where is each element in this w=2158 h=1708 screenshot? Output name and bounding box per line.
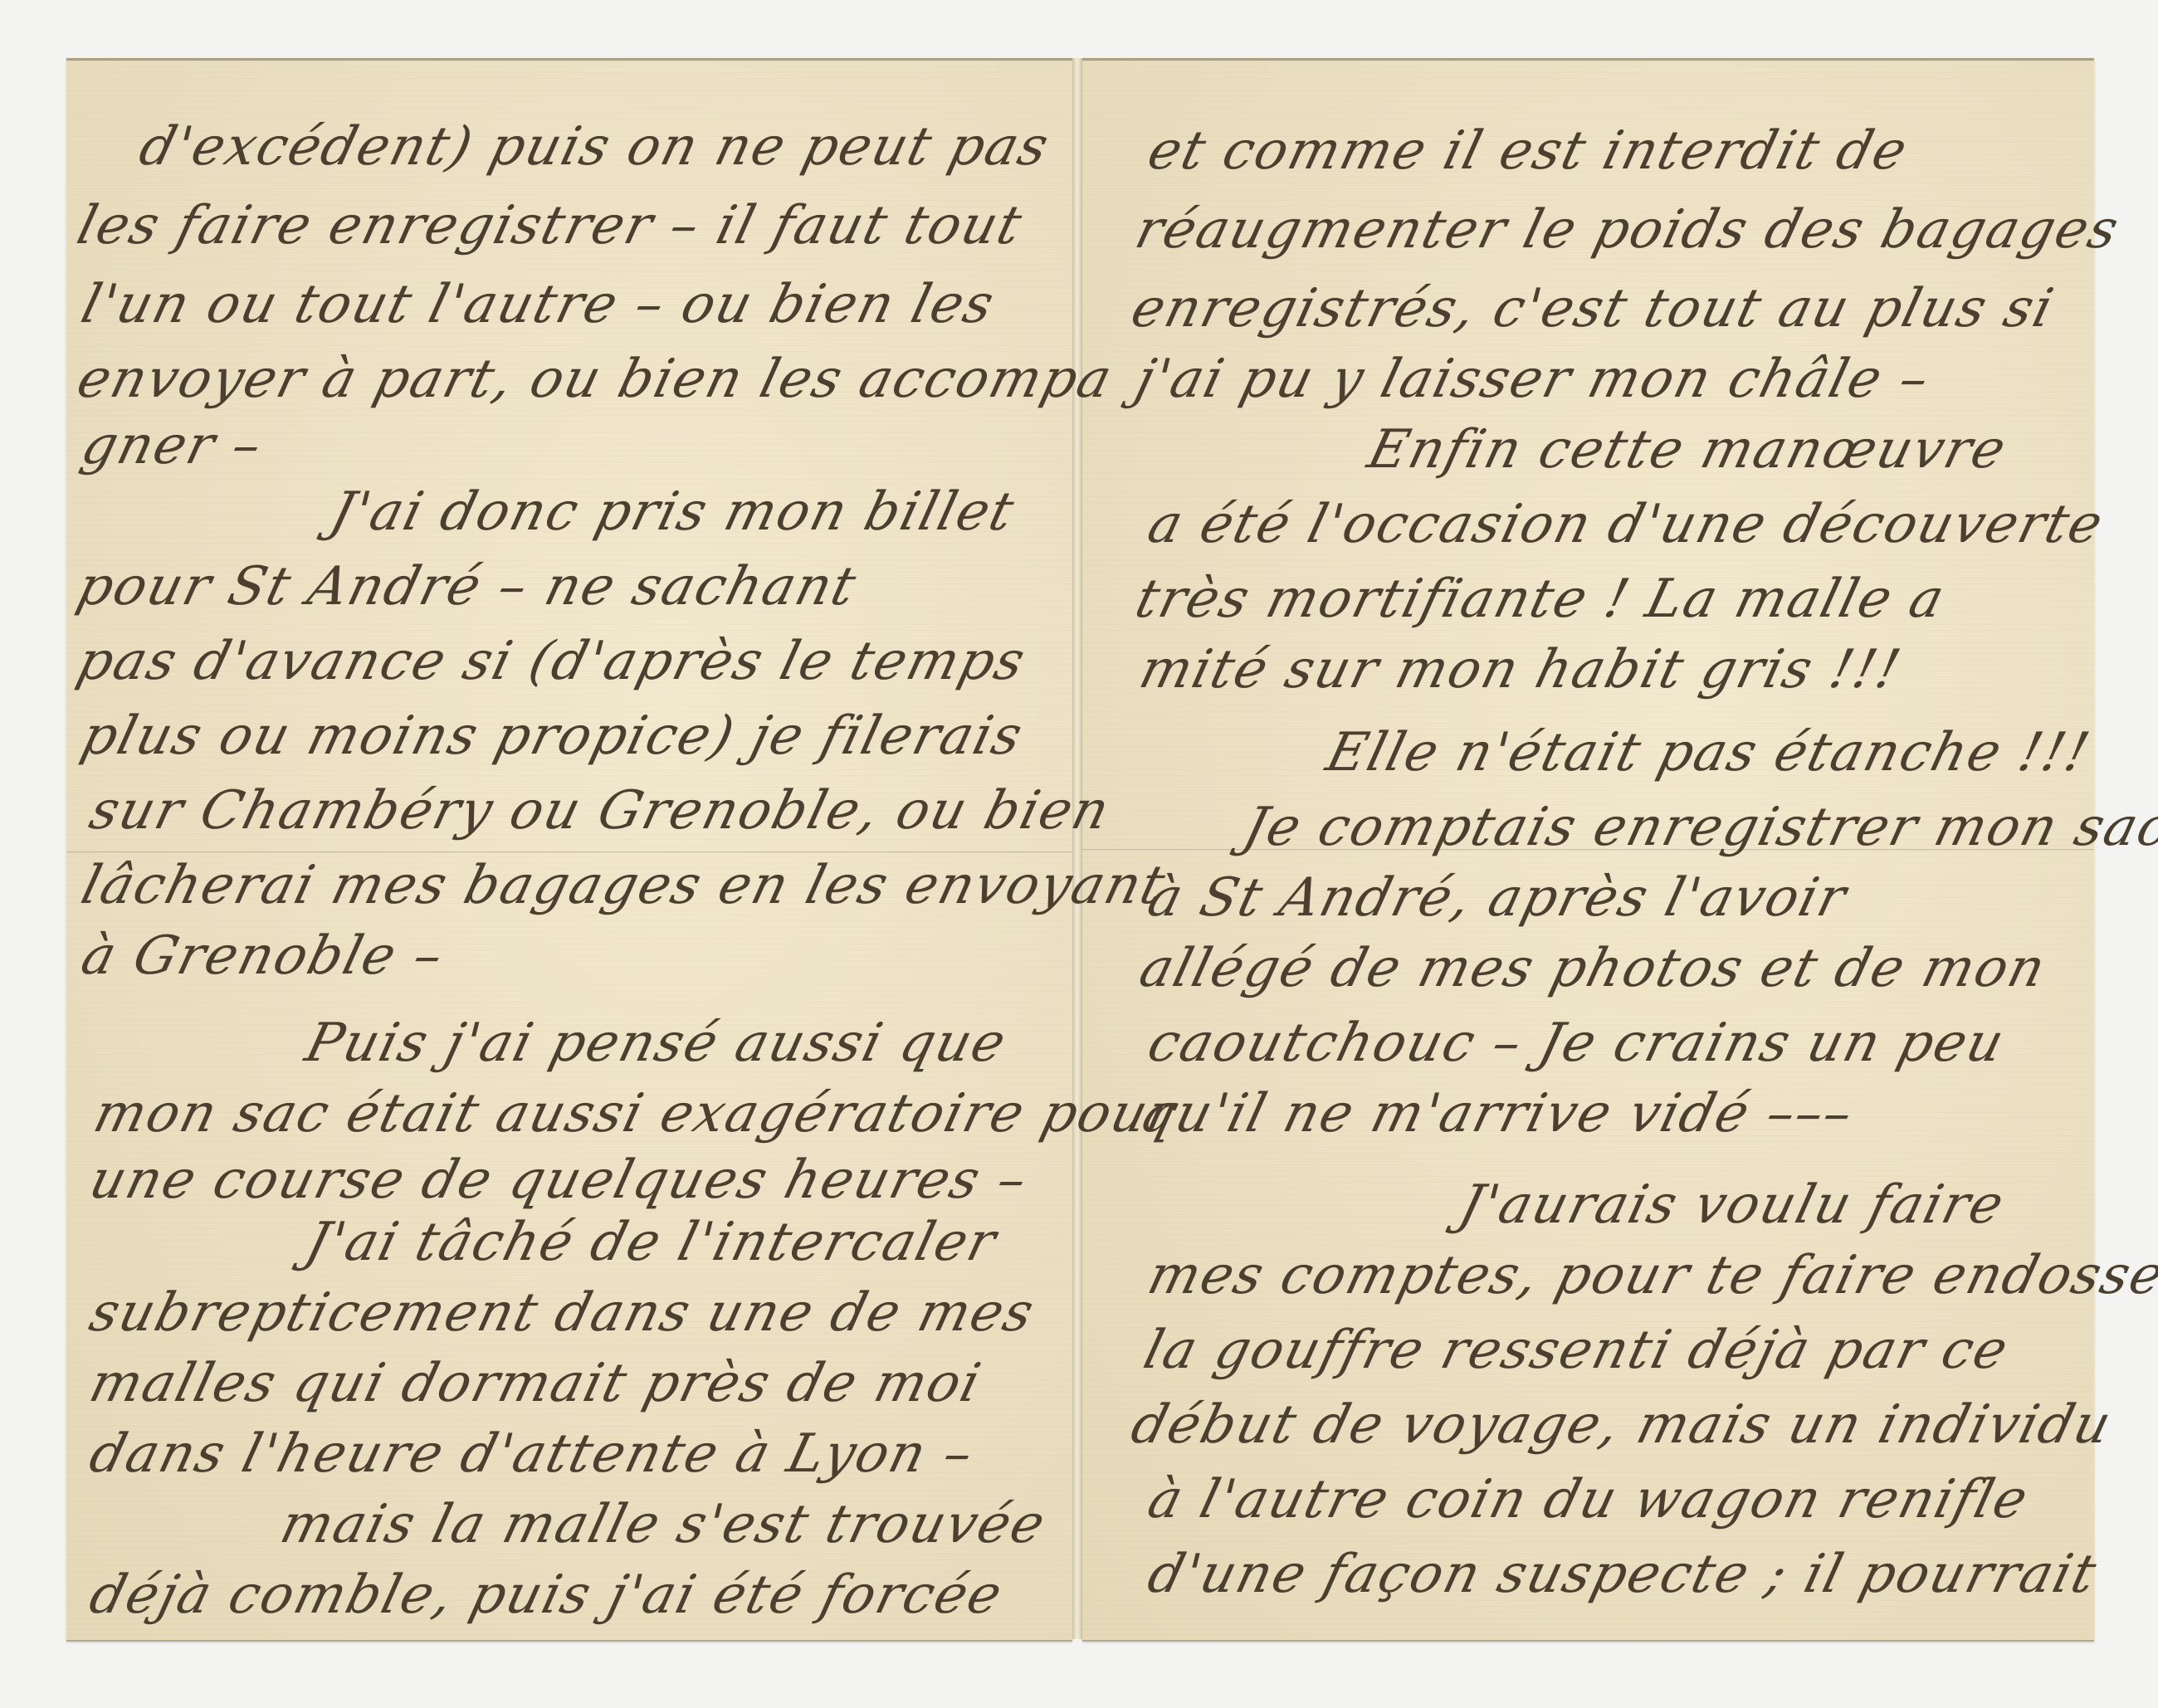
handwritten-line: mité sur mon habit gris !!! [1134,639,1908,700]
handwritten-line: une course de quelques heures – [84,1149,1034,1211]
handwritten-line: dans l'heure d'attente à Lyon – [84,1423,980,1485]
handwritten-line: caoutchouc – Je crains un peu [1142,1013,2011,1074]
handwritten-line: mais la malle s'est trouvée [275,1494,1052,1555]
handwritten-line: J'ai tâché de l'intercaler [300,1212,1003,1273]
handwritten-line: déjà comble, puis j'ai été forcée [84,1564,1009,1626]
handwritten-line: allégé de mes photos et de mon [1134,938,2053,999]
handwritten-line: Elle n'était pas étanche !!! [1321,722,2097,783]
handwritten-line: J'ai donc pris mon billet [325,481,1022,543]
handwritten-line: Je comptais enregistrer mon sac [1238,797,2158,858]
handwritten-line: à Grenoble – [76,925,451,987]
handwritten-line: subrepticement dans une de mes [84,1282,1041,1344]
handwritten-line: j'ai pu y laisser mon châle – [1130,349,1936,410]
handwritten-line: Puis j'ai pensé aussi que [300,1013,1013,1074]
spine-fold [1072,58,1082,1639]
handwritten-line: gner – [76,415,269,476]
handwritten-line: qu'il ne m'arrive vidé ––– [1134,1083,1860,1144]
handwritten-line: Enfin cette manœuvre [1362,419,2014,481]
handwritten-line: lâcherai mes bagages en les envoyant [76,855,1173,916]
horizontal-crease [66,852,1072,853]
handwritten-line: pour St André – ne sachant [71,556,863,617]
handwritten-line: l'un ou tout l'autre – ou bien les [76,274,1001,335]
handwritten-line: mon sac était aussi exagératoire pour [88,1083,1183,1144]
handwritten-line: la gouffre ressenti déjà par ce [1138,1320,2015,1381]
handwritten-line: d'excédent) puis on ne peut pas [134,116,1056,178]
handwritten-line: J'aurais voulu faire [1453,1174,2011,1236]
handwritten-line: plus ou moins propice) je filerais [76,705,1030,767]
handwritten-line: mes comptes, pour te faire endosser [1142,1245,2158,1306]
handwritten-line: malles qui dormait près de moi [84,1353,988,1414]
handwritten-line: à St André, après l'avoir [1142,867,1853,929]
handwritten-line: envoyer à part, ou bien les accompa [71,349,1120,410]
handwritten-line: les faire enregistrer – il faut tout [71,195,1029,256]
handwritten-line: pas d'avance si (d'après le temps [71,631,1033,692]
handwritten-line: sur Chambéry ou Grenoble, ou bien [84,780,1116,842]
handwritten-line: d'une façon suspecte ; il pourrait [1142,1544,2103,1605]
handwritten-line: très mortifiante ! La malle a [1130,569,1952,630]
handwritten-line: et comme il est interdit de [1142,120,1915,182]
handwritten-line: a été l'occasion d'une découverte [1142,494,2110,555]
handwritten-line: début de voyage, mais un individu [1125,1394,2118,1456]
handwritten-line: enregistrés, c'est tout au plus si [1125,278,2061,339]
handwritten-line: réaugmenter le poids des bagages [1130,199,2126,261]
handwritten-line: à l'autre coin du wagon renifle [1142,1469,2035,1530]
